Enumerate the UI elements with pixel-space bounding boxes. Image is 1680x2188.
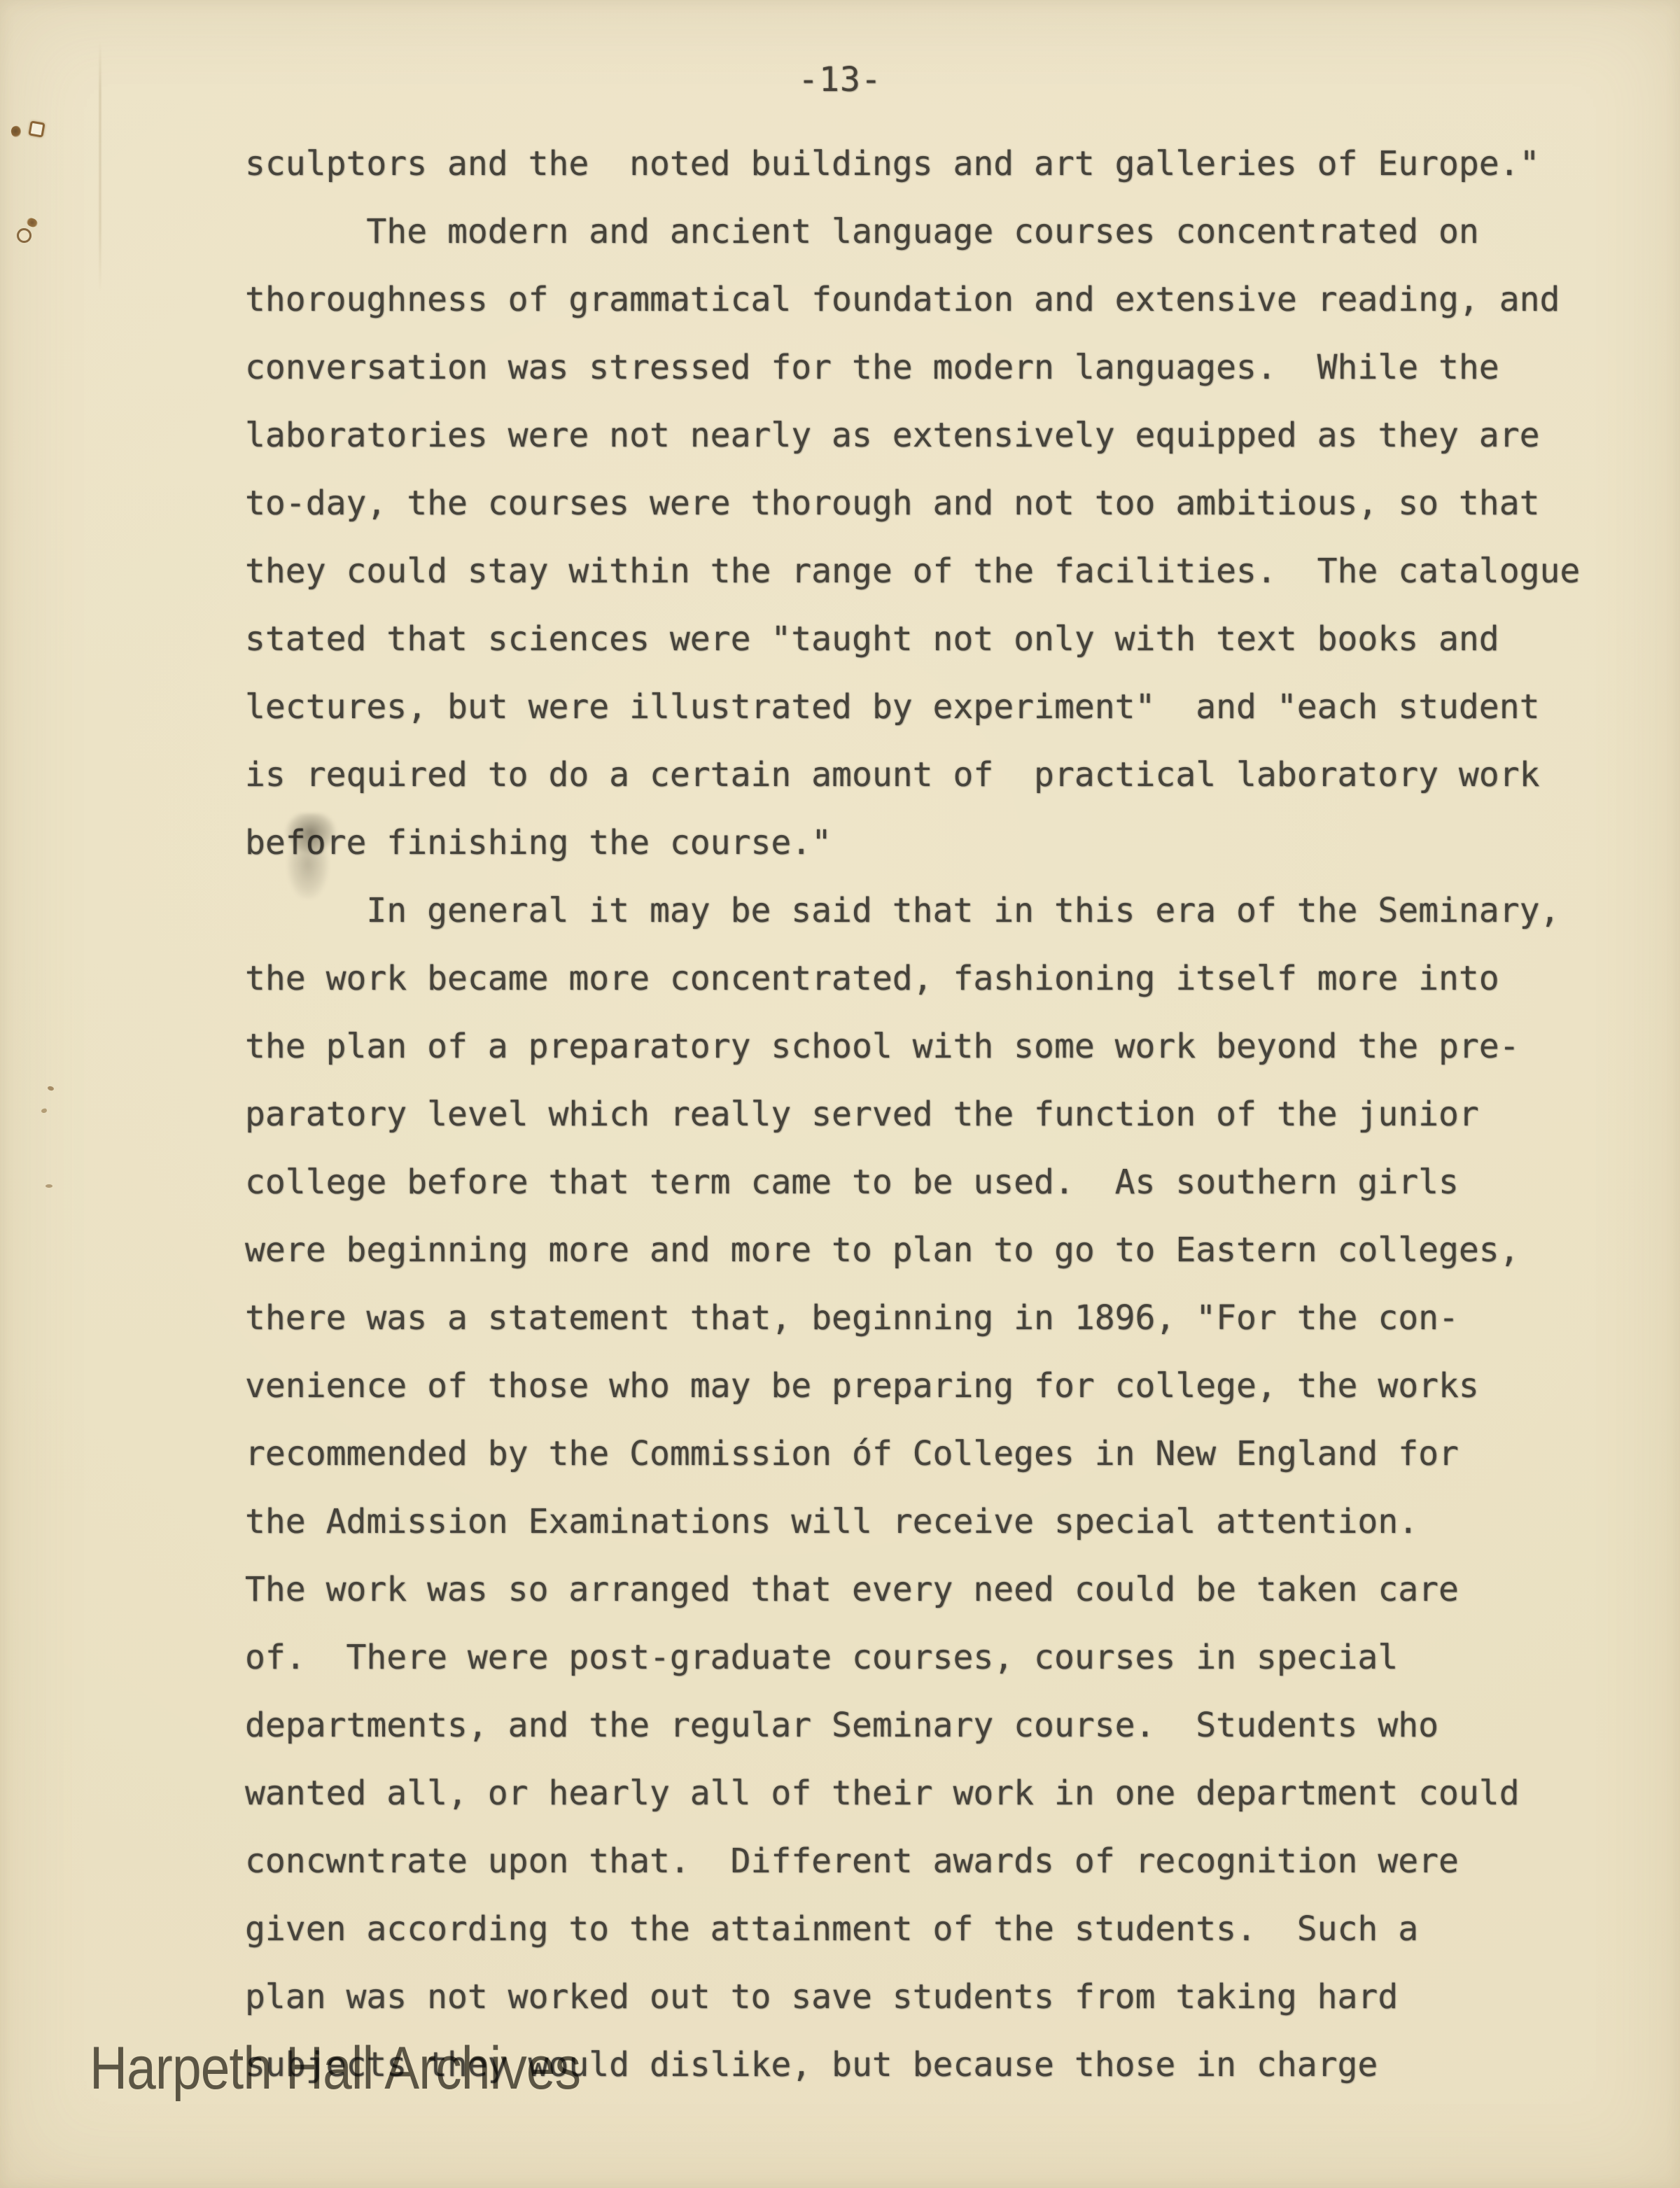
text-line: lectures, but were illustrated by experi… [245,673,1617,741]
text-line: The work was so arranged that every need… [245,1556,1617,1624]
text-line: venience of those who may be preparing f… [245,1352,1617,1420]
text-line: the work became more concentrated, fashi… [245,945,1617,1013]
text-line: paratory level which really served the f… [245,1081,1617,1149]
paper-speck [25,217,38,229]
paper-speck [47,1086,54,1091]
page-number: -13- [0,59,1680,101]
text-line: laboratories were not nearly as extensiv… [245,402,1617,470]
text-line: they could stay within the range of the … [245,538,1617,605]
paper-speck [41,1108,48,1114]
text-line: stated that sciences were "taught not on… [245,605,1617,673]
paper-speck [10,125,22,138]
text-line: In general it may be said that in this e… [245,877,1617,945]
text-line: sculptors and the noted buildings and ar… [245,130,1617,198]
text-line: the plan of a preparatory school with so… [245,1013,1617,1081]
text-line: conversation was stressed for the modern… [245,334,1617,402]
text-line: plan was not worked out to save students… [245,1963,1617,2031]
text-line: before finishing the course." [245,809,1617,877]
text-line: thoroughness of grammatical foundation a… [245,266,1617,334]
text-line: is required to do a certain amount of pr… [245,741,1617,809]
text-line: wanted all, or hearly all of their work … [245,1760,1617,1828]
text-line: the Admission Examinations will receive … [245,1488,1617,1556]
staple-hole-mark [16,227,32,244]
text-line: were beginning more and more to plan to … [245,1216,1617,1284]
text-line: of. There were post-graduate courses, co… [245,1624,1617,1692]
text-line: to-day, the courses were thorough and no… [245,470,1617,538]
staple-hole-mark [28,120,45,137]
text-line: departments, and the regular Seminary co… [245,1692,1617,1760]
text-line: recommended by the Commission óf College… [245,1420,1617,1488]
paper-speck [45,1184,52,1188]
text-line: concwntrate upon that. Different awards … [245,1828,1617,1895]
text-line: The modern and ancient language courses … [245,198,1617,266]
typewritten-text-body: sculptors and the noted buildings and ar… [245,130,1617,2099]
scanned-document-page: -13- sculptors and the noted buildings a… [0,0,1680,2188]
text-line: given according to the attainment of the… [245,1895,1617,1963]
text-line: college before that term came to be used… [245,1149,1617,1216]
archive-watermark: Harpeth Hall Archives [90,2034,580,2103]
text-line: there was a statement that, beginning in… [245,1284,1617,1352]
